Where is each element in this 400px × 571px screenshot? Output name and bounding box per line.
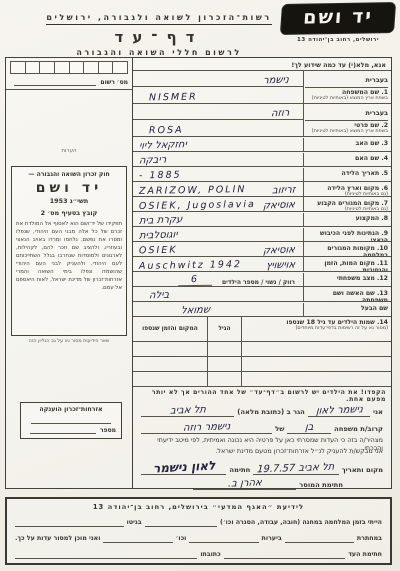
underground-label: במחתרת xyxy=(357,535,382,543)
number-label: מספר xyxy=(100,427,116,434)
declaration-block: אני נישמר לאון הגר ב (כתובת מלאה) תל אבי… xyxy=(133,399,391,490)
page-of-testimony-form: יד ושם ירושלים, רחוב בן־יהודה 13 רשות־הז… xyxy=(0,0,400,571)
handwriting: יחזקאל ליוי xyxy=(139,139,188,151)
authority-line: רשות־הזכרון לשואה ולגבורה, ירושלים xyxy=(46,13,271,25)
field-label: 3. שם האב xyxy=(303,138,391,151)
label-subtext: בשפת ארץ המוצא (באותיות לטיניות) xyxy=(305,96,388,101)
field-father-name: 3. שם האב יחזקאל ליוי xyxy=(133,137,391,152)
law-name: יד ושם xyxy=(16,180,122,196)
field-place-of-death: 11. מקום המות, הזמן והנסיבות (הידועים גם… xyxy=(133,257,391,272)
children-table-header: 14. שמות הילדים עד גיל 18 שנספו (מסור נא… xyxy=(133,317,391,342)
camp-label: הייתי בזמן המלחמה במחנה (חובה, עבודה, הס… xyxy=(220,519,382,527)
law-year: תשי״ג 1953 xyxy=(16,197,122,205)
hebrew-sublabel: בעברית xyxy=(305,72,388,88)
form-title: דף־עד xyxy=(36,28,282,46)
registration-number-row: מס׳ רשום xyxy=(10,78,128,86)
handwriting: NISMER xyxy=(149,92,198,104)
handwriting: ROSA xyxy=(149,125,184,137)
handwriting: יוגוסלבית xyxy=(139,229,178,241)
law-title: חוק זכרון השואה והגבורה — xyxy=(16,171,122,178)
answer-area: רווק / נשוי / מספר הילדים 6 xyxy=(133,272,303,286)
field-label: 12. מצב משפחתי xyxy=(303,273,391,286)
place-date-signature-line: מקום ותאריך תל אביב 19.7.57 חתימה לאון נ… xyxy=(141,456,383,475)
place-date-line: תל אביב 19.7.57 xyxy=(253,456,338,475)
handwriting: עקרת בית xyxy=(139,214,183,226)
citizenship-number-row: מספר xyxy=(26,427,116,434)
field-label: בעברית 2. שם פרטי בשפת ארץ המוצא (באותיו… xyxy=(303,104,391,136)
signature-line: לאון נישמר xyxy=(141,456,226,475)
answer-area: שמואל xyxy=(133,302,303,316)
witness-signature-label: חתימת העד xyxy=(348,551,382,559)
field-first-name: בעברית 2. שם פרטי בשפת ארץ המוצא (באותיו… xyxy=(133,104,391,137)
field-wife-name: 13. שם האשה ושם משפחתה לפני נישואיה בילה xyxy=(133,287,391,302)
handwriting-hebrew: אוישויץ xyxy=(266,259,296,271)
field-marital-status: 12. מצב משפחתי רווק / נשוי / מספר הילדים… xyxy=(133,272,391,287)
deliverer-signature-line: אהרן ב. xyxy=(193,475,296,490)
law-footnote: שאר הידיעות מסור נא על גב הגליון הזה xyxy=(6,339,132,346)
field-husband-name: שם הבעל שמואל xyxy=(133,302,391,317)
age-column-header: הגיל xyxy=(207,317,241,341)
deliverer-line: חתימת המוסר אהרן ב. xyxy=(193,475,343,490)
handwriting: רוזה xyxy=(270,108,289,120)
children-note: הקפדו! את הילדים יש לרשום ב״דף־עד״ של אח… xyxy=(133,387,391,399)
etc-label: וכו׳ xyxy=(176,535,187,543)
field-wartime-residence: 10. מקומות המגורים במלחמה (גם באותיות לט… xyxy=(133,242,391,257)
answer-area: יחזקאל ליוי xyxy=(133,137,303,151)
relation-label: קרוב/ת משפחה xyxy=(334,425,383,434)
underground-blank xyxy=(285,527,354,543)
yad-vashem-logo: יד ושם xyxy=(281,3,395,34)
label-subtext: בשפת ארץ המוצא (באותיות לטיניות) xyxy=(305,129,388,134)
handwriting-hebrew: זריזוב xyxy=(271,185,295,196)
handwriting: בילה xyxy=(149,290,170,301)
handwriting-hebrew: אוסיאק xyxy=(263,244,296,256)
relation-value-line: בן xyxy=(287,417,331,434)
law-box: חוק זכרון השואה והגבורה — יד ושם תשי״ג 1… xyxy=(11,166,127,336)
handwriting-latin: ZARIZOW, POLIN xyxy=(139,184,247,196)
forests-blank xyxy=(189,527,258,543)
children-row xyxy=(133,372,391,387)
handwriting: נישמר רוזה xyxy=(183,421,231,434)
field-birth-place: 6. מקום וארץ הלידה (גם באותיות לטיניות) … xyxy=(133,182,391,197)
field-citizenship: 9. הנתינות לפני הכיבוש הנאצי יוגוסלבית xyxy=(133,227,391,242)
handwriting: אהרן ב. xyxy=(227,477,261,489)
witness-address-blank xyxy=(15,543,197,559)
relation-line: קרוב/ת משפחה בן של נישמר רוזה xyxy=(141,417,383,434)
underground-forests-line: במחתרת ביערות וכו׳ ואני מוכן למסור עדות … xyxy=(15,527,382,543)
form-subtitle: לרשום חללי השואה והגבורה xyxy=(36,48,282,57)
declaration-text: מצהיר/ה בזה כי העדות שמסרתי כאן על פרטיה… xyxy=(141,434,383,445)
answer-area: אוסיאק OSIEK xyxy=(133,242,303,256)
answer-area: יוגוסלבית xyxy=(133,227,303,241)
camp-ghetto-line: הייתי בזמן המלחמה במחנה (חובה, עבודה, הס… xyxy=(15,511,382,527)
answer-area: עקרת בית xyxy=(133,212,303,226)
label-text: 10. מקומות המגורים במלחמה xyxy=(305,245,388,256)
of-label: של xyxy=(275,425,284,434)
scientific-department-box: לידיעת ״האגף המדעי״ בירושלים, רחוב בן־יה… xyxy=(5,497,392,565)
label-subtext: (גם באותיות לטיניות) xyxy=(305,192,388,196)
serial-number-grid xyxy=(10,61,128,74)
form-header: יד ושם ירושלים, רחוב בן־יהודה 13 רשות־הז… xyxy=(0,0,400,54)
registration-number-blank xyxy=(14,78,96,86)
witness-signature-blank xyxy=(224,543,346,559)
of-value-line: נישמר רוזה xyxy=(141,417,272,434)
hebrew-sublabel: בעברית xyxy=(305,105,388,121)
field-label: 10. מקומות המגורים במלחמה (גם באותיות לט… xyxy=(303,242,391,256)
number-blank xyxy=(30,427,96,434)
citizenship-granted-box: אזרחות־זכרון הוענקה מספר xyxy=(20,402,122,439)
children-table: 14. שמות הילדים עד גיל 18 שנספו (מסור נא… xyxy=(133,317,391,387)
handwriting: תל אביב xyxy=(169,404,206,416)
children-row xyxy=(133,357,391,372)
logo-address: ירושלים, רחוב בן־יהודה 13 xyxy=(282,37,394,43)
marital-options: רווק / נשוי / מספר הילדים xyxy=(222,274,295,286)
children-label-note: (מסור נא על זה רשימות בדפי־עדות מיוחדים) xyxy=(245,326,388,331)
blank-line xyxy=(31,413,111,424)
field-label: 8. המקצוע xyxy=(303,213,391,226)
handwriting: תל אביב 19.7.57 xyxy=(257,462,335,476)
children-label-cell: 14. שמות הילדים עד גיל 18 שנספו (מסור נא… xyxy=(241,317,391,341)
children-row xyxy=(133,342,391,357)
bottom-header: לידיעת ״האגף המדעי״ בירושלים, רחוב בן־יה… xyxy=(15,503,382,511)
handwriting: נישמר xyxy=(263,75,290,87)
answer-area: אוישויץ Auschwitz 1942 xyxy=(133,257,303,271)
field-label: 9. הנתינות לפני הכיבוש הנאצי xyxy=(303,228,391,241)
sidebar: מס׳ רשום הערות חוק זכרון השואה והגבורה —… xyxy=(6,58,133,488)
answer-area: זריזוב ZARIZOW, POLIN xyxy=(133,182,303,196)
place-column-header: המקום והזמן שנספו xyxy=(133,317,207,341)
answer-area: - 1885 xyxy=(133,167,303,181)
declarant-line: אני נישמר לאון הגר ב (כתובת מלאה) תל אבי… xyxy=(141,400,383,417)
handwriting-latin: OSIEK xyxy=(139,245,178,256)
notes-label: הערות xyxy=(6,148,132,154)
handwriting-hebrew: אוסיאק xyxy=(263,199,296,211)
logo-block: יד ושם ירושלים, רחוב בן־יהודה 13 xyxy=(282,4,394,54)
field-label: בעברית 1. שם המשפחה בשפת ארץ המוצא (באות… xyxy=(303,71,391,103)
i-label: אני xyxy=(373,408,383,417)
field-label: 7. מקום המגורים הקבוע (גם באותיות לטיניו… xyxy=(303,197,391,211)
deliverer-label: חתימת המוסר xyxy=(299,481,343,490)
etc-blank xyxy=(103,527,172,543)
handwriting-latin: OSIEK, Jugoslavia xyxy=(139,199,256,211)
office-use-area: מס׳ רשום xyxy=(6,58,132,90)
law-body-text: תפקידו של יד־ושם הוא לאסוף אל המולדת את … xyxy=(16,220,122,292)
answer-line-latin: NISMER xyxy=(133,87,303,103)
fields-column: אנא, מלא(י) עד כמה שידוע לך! בעברית 1. ש… xyxy=(133,58,391,488)
ghetto-blank xyxy=(15,511,124,527)
field-label: שם הבעל xyxy=(303,303,391,316)
form-body: אנא, מלא(י) עד כמה שידוע לך! בעברית 1. ש… xyxy=(5,57,392,489)
handwriting: בן xyxy=(305,422,314,433)
answer-area: נישמר NISMER xyxy=(133,71,303,103)
testimony-ready-label: ואני מוכן למסור עדות על כך. xyxy=(15,535,100,543)
answer-line-latin: ROSA xyxy=(133,120,303,136)
registration-number-label: מס׳ רשום xyxy=(100,79,128,86)
request-text: אני מבקש/ת להעניק לנ״ל אזרחות־זכרון מטעם… xyxy=(141,445,383,456)
place-date-label: מקום ותאריך xyxy=(342,466,383,475)
handwriting-latin: Auschwitz 1942 xyxy=(139,259,242,271)
answer-line-hebrew: רוזה xyxy=(133,104,303,120)
answer-area: אוסיאק OSIEK, Jugoslavia xyxy=(133,197,303,211)
forests-label: ביערות xyxy=(262,535,282,543)
answer-area: ריבקה xyxy=(133,152,303,166)
field-label: 6. מקום וארץ הלידה (גם באותיות לטיניות) xyxy=(303,182,391,196)
handwriting: - 1885 xyxy=(139,170,182,181)
field-birth-date: 5. תאריך הלידה - 1885 xyxy=(133,167,391,182)
signature-handwriting: לאון נישמר xyxy=(152,458,215,475)
field-label: 5. תאריך הלידה xyxy=(303,168,391,181)
witness-signature-line: חתימת העד כתובתו xyxy=(15,543,382,559)
field-label: 13. שם האשה ושם משפחתה לפני נישואיה xyxy=(303,287,391,301)
label-text: 13. שם האשה ושם משפחתה xyxy=(305,290,388,301)
label-text: 11. מקום המות, הזמן והנסיבות xyxy=(305,260,388,271)
field-label: 4. שם האם xyxy=(303,153,391,166)
declarant-name-line: נישמר לאון xyxy=(308,400,370,417)
answer-area: בילה xyxy=(133,287,303,301)
ghetto-label: בגיטו xyxy=(127,519,142,527)
address-label: הגר ב (כתובת מלאה) xyxy=(237,408,305,417)
handwriting: נישמר לאון xyxy=(315,404,363,417)
field-label: 11. מקום המות, הזמן והנסיבות (הידועים גם… xyxy=(303,257,391,271)
witness-address-label: כתובתו xyxy=(200,551,220,559)
law-section: קובץ בסעיף מס׳ 2 xyxy=(16,209,122,217)
handwriting: ריבקה xyxy=(139,155,167,166)
fill-instruction: אנא, מלא(י) עד כמה שידוע לך! xyxy=(133,58,391,71)
answer-area: רוזה ROSA xyxy=(133,104,303,136)
field-family-name: בעברית 1. שם המשפחה בשפת ארץ המוצא (באות… xyxy=(133,71,391,104)
address-line: תל אביב xyxy=(141,400,234,417)
handwriting: שמואל xyxy=(180,304,210,316)
header-titles: רשות־הזכרון לשואה ולגבורה, ירושלים דף־עד… xyxy=(6,4,282,54)
field-permanent-residence: 7. מקום המגורים הקבוע (גם באותיות לטיניו… xyxy=(133,197,391,212)
signature-label: חתימה xyxy=(229,466,250,475)
label-subtext: (גם באותיות לטיניות) xyxy=(305,207,388,211)
camp-blank xyxy=(145,511,217,527)
field-mother-name: 4. שם האם ריבקה xyxy=(133,152,391,167)
citizenship-title: אזרחות־זכרון הוענקה xyxy=(26,406,116,413)
children-count-handwriting: 6 xyxy=(178,274,212,286)
answer-line-hebrew: נישמר xyxy=(133,71,303,87)
field-profession: 8. המקצוע עקרת בית xyxy=(133,212,391,227)
